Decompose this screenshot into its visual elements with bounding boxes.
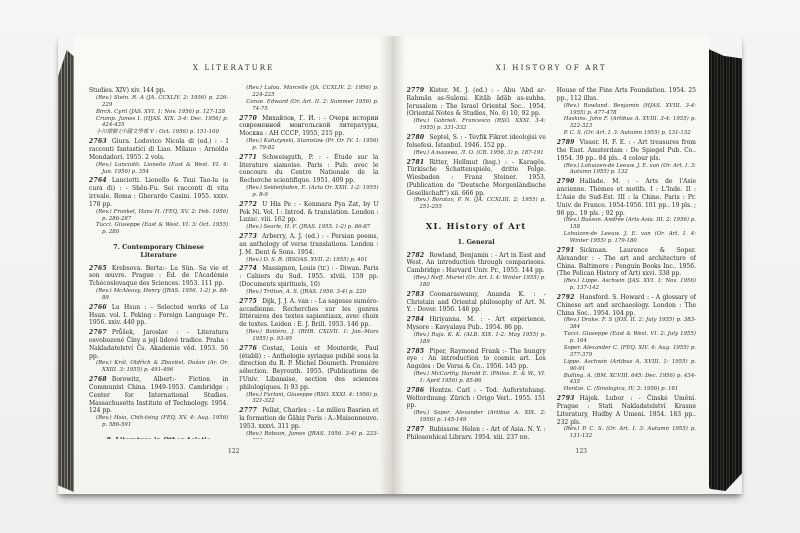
review-line: (Rev.) Lanciotti. Lionello (East & West.…	[96, 162, 228, 176]
review-line: (Rev.) Furlani, Giuseppe (RSO. XXXI. 4: …	[246, 392, 378, 406]
entry-number: 2780	[407, 134, 425, 141]
review-line: (Rev.) P. C. S. (Or. Art. I. 3: Autumn 1…	[564, 426, 696, 439]
chapter-heading: XI. History of Art	[407, 221, 546, 231]
entry-text: Arberry, A. J. (ed.) : - Persian poems, …	[239, 233, 378, 256]
entry-number: 2782	[407, 252, 425, 259]
review-line: Crump. James I. (HJAS. XIX. 3-4: Dec. 19…	[96, 116, 228, 130]
section-heading: 1. General	[417, 238, 536, 246]
review-line: (Rev.) Lalou. Marcelle (JA. CCXLIV. 2: 1…	[246, 85, 378, 99]
bib-entry: 2764Lanciotti. Lionello & Tsui Tao-lu (a…	[89, 177, 228, 208]
entry-text: Pellat, Charles : - Le milieu Basrien et…	[239, 407, 378, 430]
entry-text: Hansford. S. Howard : - A glossary of Ch…	[557, 294, 696, 317]
left-page-content: X LITERATURE Studies. XIV) xiv. 144 pp.(…	[74, 36, 392, 455]
section-heading: 7. Contemporary Chinese Literature	[99, 243, 218, 259]
review-line: (Rev.) Алькаева, Л. О. (СВ. 1956, 3) p. …	[414, 150, 546, 157]
review-line: (Rev.) Lippe. Aschwin (JAS. XVI. 1: Nov.…	[564, 278, 696, 292]
review-line: Tucci. Giuseppe (East & West. VI. 3: Oct…	[96, 222, 228, 236]
entry-text: Hentze. Carl : - Tod. Auferstehung. Welt…	[407, 387, 546, 410]
entry-text: Lanciotti. Lionello & Tsui Tao-lu (a cur…	[89, 177, 228, 207]
entry-text: Михайлов, Г. И. : - Очерк истории соврем…	[239, 115, 378, 138]
bib-entry: 2776Costaz, Louis et Mouterde, Paul (éta…	[239, 345, 378, 392]
page-edge-stack-right	[709, 47, 742, 491]
entry-text: Krebsova. Berta:- Lu Sün. Sa vie et son …	[89, 265, 228, 288]
entry-text: Hiriyanna. M. : - Art experience. Mysore…	[407, 316, 546, 331]
section-heading: 8. Literature in Other Asiatic Languages	[99, 436, 218, 439]
entry-text: Hájek. Lubor : - Čínské Umění. Prague : …	[557, 395, 696, 425]
entry-number: 2789	[557, 139, 575, 146]
entry-text: Rowland, Benjamin : - Art in East and We…	[407, 252, 546, 275]
entry-text: Schweisguth, P. : - Étude sur la literat…	[239, 154, 378, 184]
review-line: (Rev.) Raja. K. K. (ALB. XIX. 1-2: May 1…	[414, 332, 546, 346]
entry-text: Septel, S. : - Tevfik Fikret ideolojisi …	[407, 134, 546, 149]
bib-entry: 2765Krebsova. Berta:- Lu Sün. Sa vie et …	[89, 265, 228, 288]
entry-number: 2764	[89, 177, 107, 184]
review-line: 小川環樹 (中國文學報 V : Oct. 1956) p. 151-160	[96, 129, 228, 136]
entry-number: 2777	[239, 407, 257, 414]
bib-entry: 2770Михайлов, Г. И. : - Очерк истории со…	[239, 115, 378, 138]
column: 2779Kister. M. J. (ed.) : - Abu 'Abd ar-…	[407, 85, 546, 439]
entry-number: 2787	[407, 426, 425, 433]
right-page: XI HISTORY OF ART 2779Kister. M. J. (ed.…	[392, 36, 710, 494]
review-line: (Rev.) Kałużynski, Stanislaw (Pr. Or. IV…	[246, 138, 378, 152]
left-page: X LITERATURE Studies. XIV) xiv. 144 pp.(…	[74, 36, 392, 494]
bib-entry: 2767Průšek, Jaroslav : - Literatura osvo…	[89, 329, 228, 360]
review-line: Conze. Edward (Or. Art. II. 2: Summer 19…	[246, 99, 378, 113]
column: Studies. XIV) xiv. 144 pp.(Rev.) Stein. …	[89, 85, 228, 439]
entry-text: U Hla Pe : - Konmara Pya Zat, by U Pok N…	[239, 201, 378, 224]
review-line: (Rev.) Neff. Muriel (Or. Art. I. 4: Wint…	[414, 275, 546, 289]
review-line: Lohuizen-de Leeuw. J. E. van (Or. Art. I…	[564, 231, 696, 245]
review-line: (Rev.) Searle, H. F. (JRAS. 1955. 1-2) p…	[246, 224, 378, 231]
bib-entry: 2782Rowland, Benjamin : - Art in East an…	[407, 252, 546, 275]
review-line: (Rev.) Busson. Andrée (Arts Asia. III. 2…	[564, 217, 696, 231]
entry-number: 2786	[407, 387, 425, 394]
review-line: Soper. Alexander C. (FEQ. XIV. 4: Aug. 1…	[564, 345, 696, 359]
review-line: (Rev.) Rowland. Benjamin (HJAS. XVIII. 3…	[564, 103, 696, 117]
entry-number: 2771	[239, 154, 257, 161]
entry-number: 2784	[407, 316, 425, 323]
entry-number: 2770	[239, 115, 257, 122]
bib-entry: 2780Septel, S. : - Tevfik Fikret ideoloj…	[407, 134, 546, 150]
review-line: (Rev.) McAleavy, Henry (JRAS. 1956. 1-2)…	[96, 288, 228, 302]
review-line: (Rev.) Bottéro, J. (RHR. CXLVII. 1: Jan.…	[246, 329, 378, 343]
entry-text: Giura. Lodovico Nicola di (ed.) : - I ra…	[89, 138, 228, 161]
review-line: (Rev.) Lohuizen-de Leeuw. J. E. van (Or.…	[564, 163, 696, 177]
entry-number: 2767	[89, 329, 107, 336]
column: (Rev.) Lalou. Marcelle (JA. CCXLIV. 2: 1…	[239, 85, 378, 439]
bib-entry: 2792Hansford. S. Howard : - A glossary o…	[557, 294, 696, 317]
review-line: (Rev.) D. S. R. (BSOAS. XVII. 2: 1955) p…	[246, 257, 378, 264]
review-line: (Rev.) Robson, James (JRAS. 1956. 3-4) p…	[246, 431, 378, 439]
review-line: Birch. Cyril (JAS. XVI. 1: Nov. 1956) p.…	[96, 109, 228, 116]
review-line: (Rev.) Král, Oldřich & Zbavitel, Dušan (…	[96, 360, 228, 374]
entry-text: Studies. XIV) xiv. 144 pp.	[89, 87, 166, 94]
entry-number: 2772	[239, 201, 257, 208]
entry-text: Piper, Raymond Frank :- The hungry eye :…	[407, 348, 546, 371]
entry-text: Lu Hsun : - Selected works of Lu Hsun. v…	[89, 304, 228, 327]
entry-number: 2775	[239, 298, 257, 305]
entry-text: Massignon, Louis (tr.) : - Diwan. Paris …	[239, 265, 378, 288]
entry-text: House of the Fine Arts Foundation. 1954.…	[557, 87, 696, 102]
review-line: Bulling. A. (BM. XCVIII. 645: Dec. 1956)…	[564, 373, 696, 387]
bib-entry: 2781Ritter, Hellmut (hsg.) : - Karagös. …	[407, 159, 546, 198]
bib-entry: 2774Massignon, Louis (tr.) : - Diwan. Pa…	[239, 265, 378, 288]
review-line: (Rev.) Tritton, A. S. (JRAS. 1956. 3-4) …	[246, 289, 378, 296]
review-line: Haskins. John F. (Artibus A. XVIII. 3-4:…	[564, 116, 696, 130]
column: House of the Fine Arts Foundation. 1954.…	[557, 85, 696, 439]
entry-text: Průšek, Jaroslav : - Literatura osvoboze…	[89, 329, 228, 359]
review-line: (Rev.) McCarthy. Harold E. (Philos. E. &…	[414, 371, 546, 385]
entry-number: 2793	[557, 395, 575, 402]
entry-text: Sickman. Laurence & Soper. Alexander : -…	[557, 247, 696, 277]
entry-number: 2774	[239, 265, 257, 272]
right-page-content: XI HISTORY OF ART 2779Kister. M. J. (ed.…	[392, 36, 710, 455]
bib-entry: 2791Sickman. Laurence & Soper. Alexander…	[557, 247, 696, 278]
bib-entry: 2783Coomaraswamy, Ananda K. : - Christai…	[407, 291, 546, 314]
bib-entry: 2773Arberry, A. J. (ed.) : - Persian poe…	[239, 233, 378, 256]
bib-entry: 2763Giura. Lodovico Nicola di (ed.) : - …	[89, 138, 228, 161]
entry-text: Coomaraswamy, Ananda K. : - Christain an…	[407, 291, 546, 314]
entry-text: Rubissow. Helen : - Art of Asia. N. Y. :…	[407, 426, 546, 439]
bib-continuation: Studies. XIV) xiv. 144 pp.	[89, 87, 228, 95]
review-line: Tucci. Giuseppe (East & West. VI. 2: Jul…	[564, 331, 696, 345]
entry-number: 2776	[239, 345, 257, 352]
entry-number: 2773	[239, 233, 257, 240]
entry-number: 2779	[407, 87, 425, 94]
running-header-left: X LITERATURE	[89, 64, 379, 72]
bib-entry: 2786Hentze. Carl : - Tod. Auferstehung. …	[407, 387, 546, 410]
bib-entry: 2777Pellat, Charles : - Le milieu Basrie…	[239, 407, 378, 430]
bib-entry: 2772U Hla Pe : - Konmara Pya Zat, by U P…	[239, 201, 378, 224]
left-page-columns: Studies. XIV) xiv. 144 pp.(Rev.) Stein. …	[89, 85, 379, 439]
bib-entry: 2790Hallade. M. : - Arts de l'Asie ancie…	[557, 178, 696, 217]
running-header-right: XI HISTORY OF ART	[407, 64, 697, 72]
page-edge-stack-left	[58, 50, 74, 492]
bib-entry: 2768Borowitz, Albert:- Fiction in Commun…	[89, 376, 228, 415]
review-line: (Rev.) Hsia, Chih-tsing (FEQ. XV. 4: Aug…	[96, 415, 228, 429]
entry-text: Hallade. M. : - Arts de l'Asie ancienne.…	[557, 178, 696, 216]
review-line: (Rev.) Drake. F. S (JOS. II. 2: July 195…	[564, 317, 696, 331]
bib-entry: 2766Lu Hsun : - Selected works of Lu Hsu…	[89, 304, 228, 327]
review-line: Hentze. C. (Sinologica, IV, 3: 1956) p. …	[564, 386, 696, 393]
review-line: (Rev.) Stein. R. A (JA. CCXLIV. 2: 1956)…	[96, 95, 228, 109]
bib-entry: 2771Schweisguth, P. : - Étude sur la lit…	[239, 154, 378, 185]
bib-entry: 2789Visser. H. F. E. : - Art treasures f…	[557, 139, 696, 162]
page-number-right: 123	[437, 448, 727, 455]
entry-number: 2785	[407, 348, 425, 355]
entry-text: Dijk, J. J. A. van : - La sagesse suméro…	[239, 298, 378, 328]
open-book: X LITERATURE Studies. XIV) xiv. 144 pp.(…	[58, 36, 742, 494]
entry-number: 2766	[89, 304, 107, 311]
bib-entry: 2784Hiriyanna. M. : - Art experience. My…	[407, 316, 546, 332]
entry-number: 2781	[407, 159, 425, 166]
entry-number: 2791	[557, 247, 575, 254]
entry-text: Kister. M. J. (ed.) : - Abu 'Abd ar-Rahm…	[407, 87, 546, 117]
entry-number: 2763	[89, 138, 107, 145]
entry-number: 2768	[89, 376, 107, 383]
review-line: (Rev.) Gabrieli. Francesco (RSO. XXXI. 3…	[414, 118, 546, 132]
page-number-left: 122	[89, 448, 379, 455]
entry-text: Costaz, Louis et Mouterde, Paul (établi)…	[239, 345, 378, 391]
review-line: (Rev.) Soper. Alexander (Artibus A. XIX.…	[414, 410, 546, 424]
bib-entry: 2785Piper, Raymond Frank :- The hungry e…	[407, 348, 546, 371]
review-line: Lippe. Aschwin (Artibus A. XVIII. 1: 195…	[564, 359, 696, 373]
entry-number: 2765	[89, 265, 107, 272]
review-line: (Rev.) Frankel, Hans H. (FEQ. XV. 2: Feb…	[96, 209, 228, 223]
right-page-columns: 2779Kister. M. J. (ed.) : - Abu 'Abd ar-…	[407, 85, 697, 439]
review-line: P. C. S. (Or. Art. I. 3: Autumn 1955) p.…	[564, 130, 696, 137]
entry-text: Ritter, Hellmut (hsg.) : - Karagös. Türk…	[407, 159, 546, 197]
entry-text: Visser. H. F. E. : - Art treasures from …	[557, 139, 696, 162]
entry-text: Borowitz, Albert:- Fiction in Communist …	[89, 376, 228, 414]
entry-number: 2792	[557, 294, 575, 301]
entry-number: 2783	[407, 291, 425, 298]
review-line: (Rev.) Seidenfaden, E. (Acta Or. XXII. 1…	[246, 185, 378, 199]
bib-entry: 2793Hájek. Lubor : - Čínské Umění. Pragu…	[557, 395, 696, 426]
review-line: (Rev.) Boratav, P. N. (JA. CCXLIII. 2: 1…	[414, 197, 546, 211]
bib-entry: 2787Rubissow. Helen : - Art of Asia. N. …	[407, 426, 546, 439]
entry-number: 2790	[557, 178, 575, 185]
book-photo: X LITERATURE Studies. XIV) xiv. 144 pp.(…	[0, 0, 800, 533]
bib-entry: 2779Kister. M. J. (ed.) : - Abu 'Abd ar-…	[407, 87, 546, 118]
bib-entry: 2775Dijk, J. J. A. van : - La sagesse su…	[239, 298, 378, 329]
bib-continuation: House of the Fine Arts Foundation. 1954.…	[557, 87, 696, 103]
